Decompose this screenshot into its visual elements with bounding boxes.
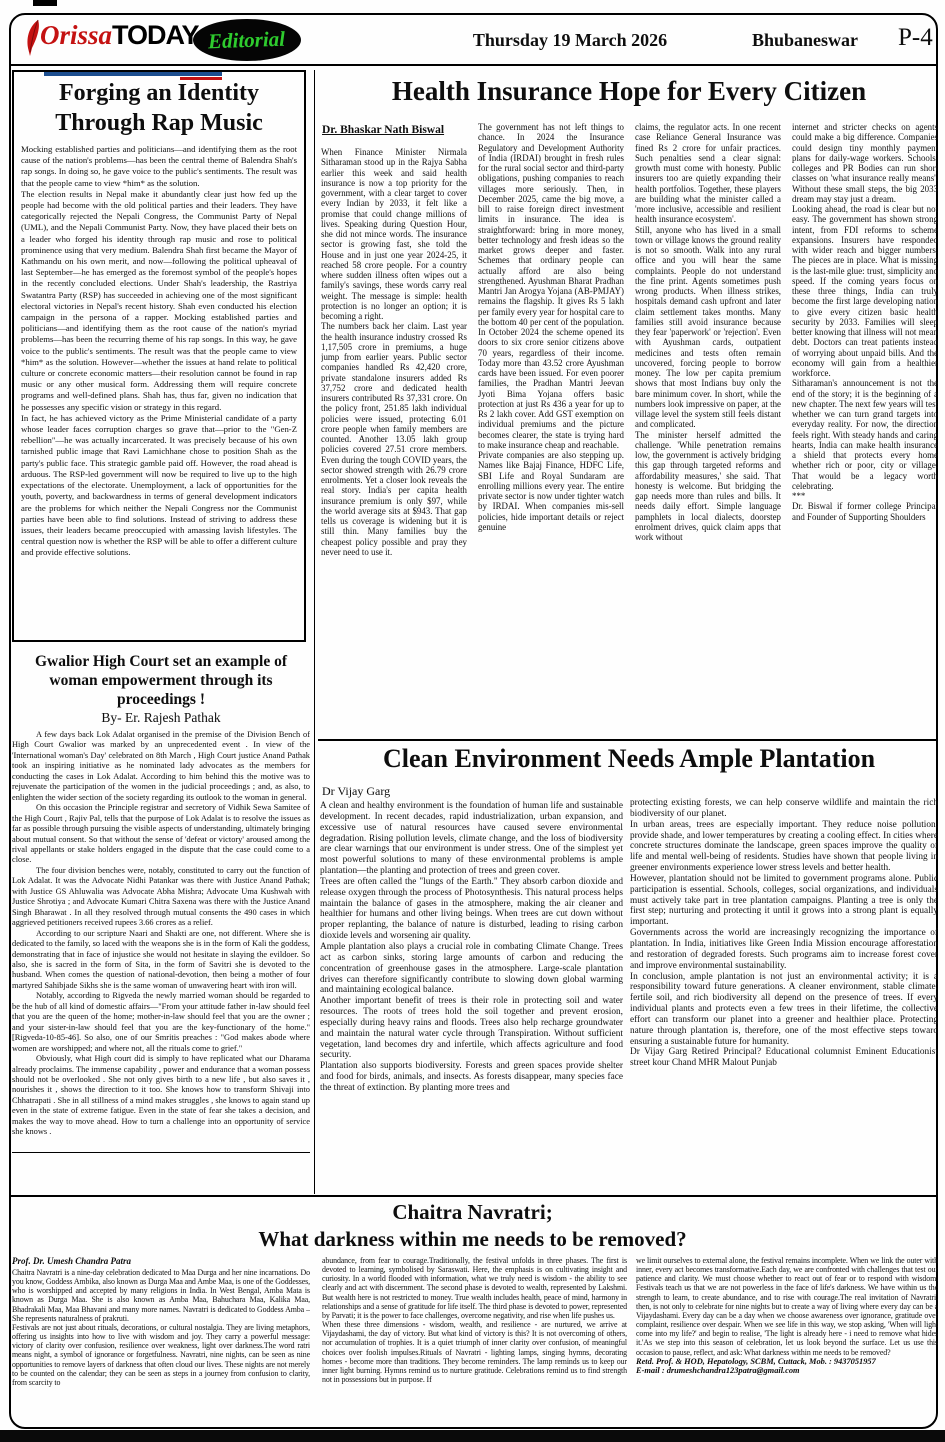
navratri-column-1-text: Chaitra Navratri is a nine-day celebrati… xyxy=(12,1268,310,1387)
navratri-column-2: abundance, from fear to courage.Traditio… xyxy=(322,1256,627,1426)
article-gwalior-court: Gwalior High Court set an example of wom… xyxy=(12,650,310,1150)
navratri-column-3: we limit ourselves to external alone, th… xyxy=(636,1256,938,1428)
gwalior-paragraph: On this occasion the Principle registrar… xyxy=(12,803,310,866)
gwalior-paragraph: A few days back Lok Adalat organised in … xyxy=(12,730,310,803)
column-divider xyxy=(314,70,315,1194)
navratri-author-footer: Retd. Prof. & HOD, Hepatology, SCBM, Cut… xyxy=(636,1357,938,1366)
top-edge-mark xyxy=(33,0,57,6)
health-column-4: internet and stricter checks on agents c… xyxy=(792,122,938,738)
environment-column-2: protecting existing forests, we can help… xyxy=(630,798,938,1193)
health-column-3: claims, the regulator acts. In one recen… xyxy=(635,122,781,738)
navratri-top-rule xyxy=(10,1195,938,1197)
article-rap-music: Forging an Identity Through Rap Music Mo… xyxy=(12,70,306,642)
logo-orissa-text: Orissa xyxy=(40,20,112,50)
bottom-edge-bar xyxy=(0,1430,945,1442)
navratri-byline: Prof. Dr. Umesh Chandra Patra xyxy=(12,1256,310,1266)
environment-byline: Dr Vijay Garg xyxy=(322,784,390,799)
city-label: Bhubaneswar xyxy=(752,30,872,51)
navratri-title-line2: What darkness within me needs to be remo… xyxy=(0,1227,945,1252)
gwalior-paragraph: According to our scripture Naari and Sha… xyxy=(12,929,310,992)
environment-top-rule xyxy=(318,739,938,741)
quill-icon xyxy=(22,18,44,63)
navratri-email-footer: E-mail : drumeshchandra123patra@gmail.co… xyxy=(636,1366,938,1375)
editorial-badge-label: Editorial xyxy=(208,26,286,54)
health-article-title: Health Insurance Hope for Every Citizen xyxy=(320,76,938,107)
gwalior-paragraph: Notably, according to Rigveda the newly … xyxy=(12,991,310,1054)
health-column-1: When Finance Minister Nirmala Sitharaman… xyxy=(321,147,467,737)
gwalior-byline: By- Er. Rajesh Pathak xyxy=(12,710,310,726)
rap-paragraph: In fact, he has achieved victory as the … xyxy=(21,413,297,559)
navratri-title-line1: Chaitra Navratri; xyxy=(0,1200,945,1225)
navratri-column-1: Prof. Dr. Umesh Chandra Patra Chaitra Na… xyxy=(12,1256,310,1426)
gwalior-article-title: Gwalior High Court set an example of wom… xyxy=(12,652,310,709)
environment-column-1: A clean and healthy environment is the f… xyxy=(320,801,623,1193)
health-column-2: The government has not left things to ch… xyxy=(478,122,624,738)
rap-paragraph: Mocking established parties and politici… xyxy=(21,144,297,189)
editorial-badge: Editorial xyxy=(193,19,301,61)
rap-article-title: Forging an Identity Through Rap Music xyxy=(21,78,297,138)
issue-date: Thursday 19 March 2026 xyxy=(440,30,700,51)
newspaper-page: OrissaTODAY Editorial Thursday 19 March … xyxy=(0,0,945,1442)
page-number: P-4 xyxy=(898,24,933,52)
gwalior-paragraph: The four division benches were, notably,… xyxy=(12,866,310,929)
logo-today-text: TODAY xyxy=(112,20,199,50)
header-rule xyxy=(10,64,938,66)
rap-paragraph: The election results in Nepal make it ab… xyxy=(21,189,297,413)
health-byline: Dr. Bhaskar Nath Biswal xyxy=(322,124,444,136)
gwalior-paragraph: Obviously, what High court did is simply… xyxy=(12,1054,310,1138)
environment-article-title: Clean Environment Needs Ample Plantation xyxy=(320,744,938,774)
left-column-end-rule xyxy=(12,1152,310,1153)
navratri-column-3-text: we limit ourselves to external alone, th… xyxy=(636,1256,938,1357)
